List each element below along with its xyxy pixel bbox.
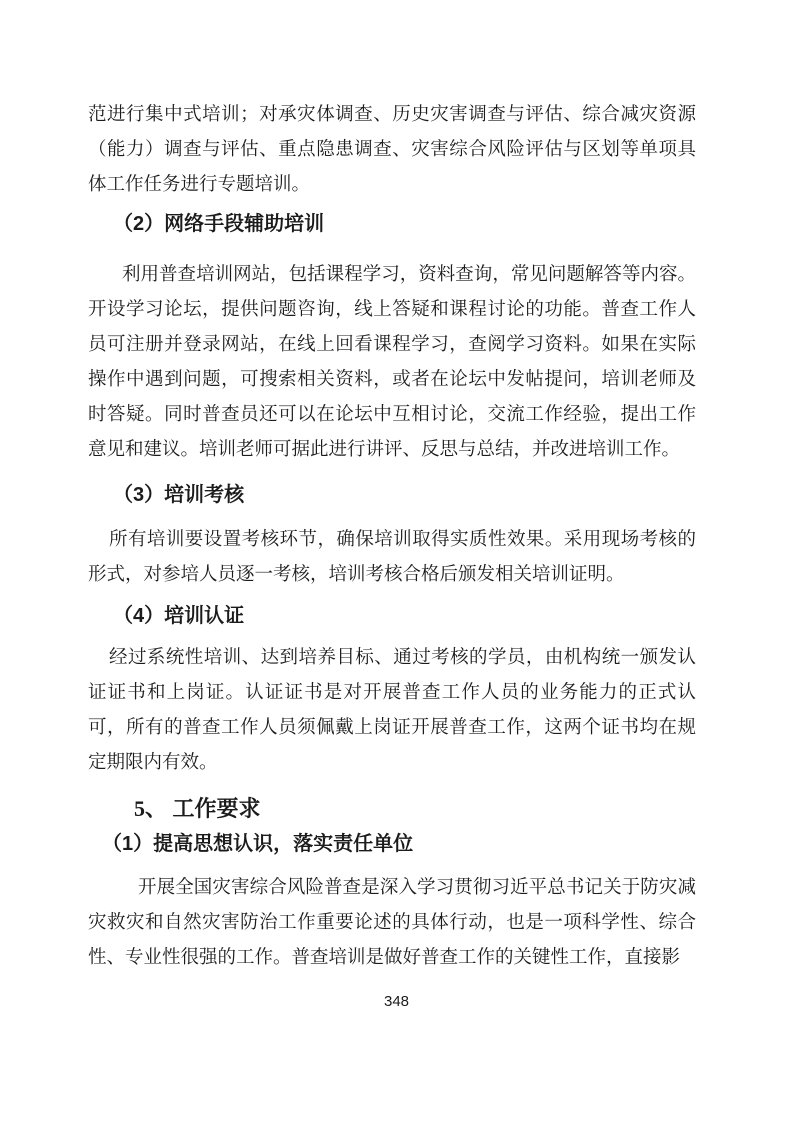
- body-paragraph-continuation: 范进行集中式培训；对承灾体调查、历史灾害调查与评估、综合减灾资源（能力）调查与评…: [88, 98, 696, 203]
- section-heading-network-training: （2）网络手段辅助培训: [88, 211, 721, 237]
- section-heading-training-certification: （4）培训认证: [88, 603, 721, 629]
- section-heading-raise-awareness: （1）提高思想认识，落实责任单位: [88, 831, 710, 857]
- document-page: 范进行集中式培训；对承灾体调查、历史灾害调查与评估、综合减灾资源（能力）调查与评…: [0, 0, 793, 1122]
- page-number: 348: [0, 993, 793, 1011]
- chapter-heading-work-requirements: 5、 工作要求: [88, 795, 742, 823]
- body-paragraph-network-training: 利用普查培训网站，包括课程学习，资料查询，常见问题解答等内容。开设学习论坛，提供…: [88, 258, 696, 468]
- body-paragraph-raise-awareness: 开展全国灾害综合风险普查是深入学习贯彻习近平总书记关于防灾减灾救灾和自然灾害防治…: [88, 871, 696, 976]
- body-paragraph-training-certification: 经过系统性培训、达到培养目标、通过考核的学员，由机构统一颁发认证证书和上岗证。认…: [88, 641, 696, 781]
- body-paragraph-training-assessment: 所有培训要设置考核环节，确保培训取得实质性效果。采用现场考核的形式，对参培人员逐…: [88, 523, 696, 593]
- section-heading-training-assessment: （3）培训考核: [88, 482, 721, 508]
